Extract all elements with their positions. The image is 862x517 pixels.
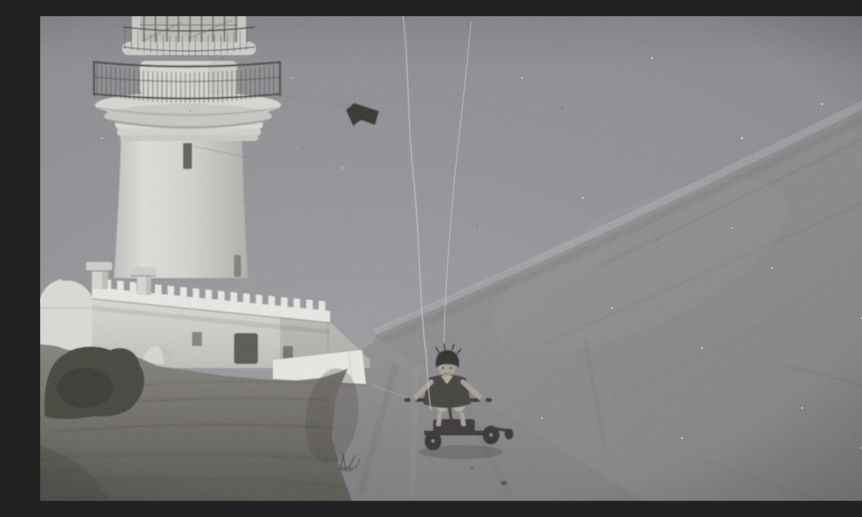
top-shade-overlay: [40, 16, 862, 68]
photo-canvas: [40, 16, 862, 501]
vignette-overlay: [40, 16, 862, 501]
photograph: [40, 16, 862, 501]
